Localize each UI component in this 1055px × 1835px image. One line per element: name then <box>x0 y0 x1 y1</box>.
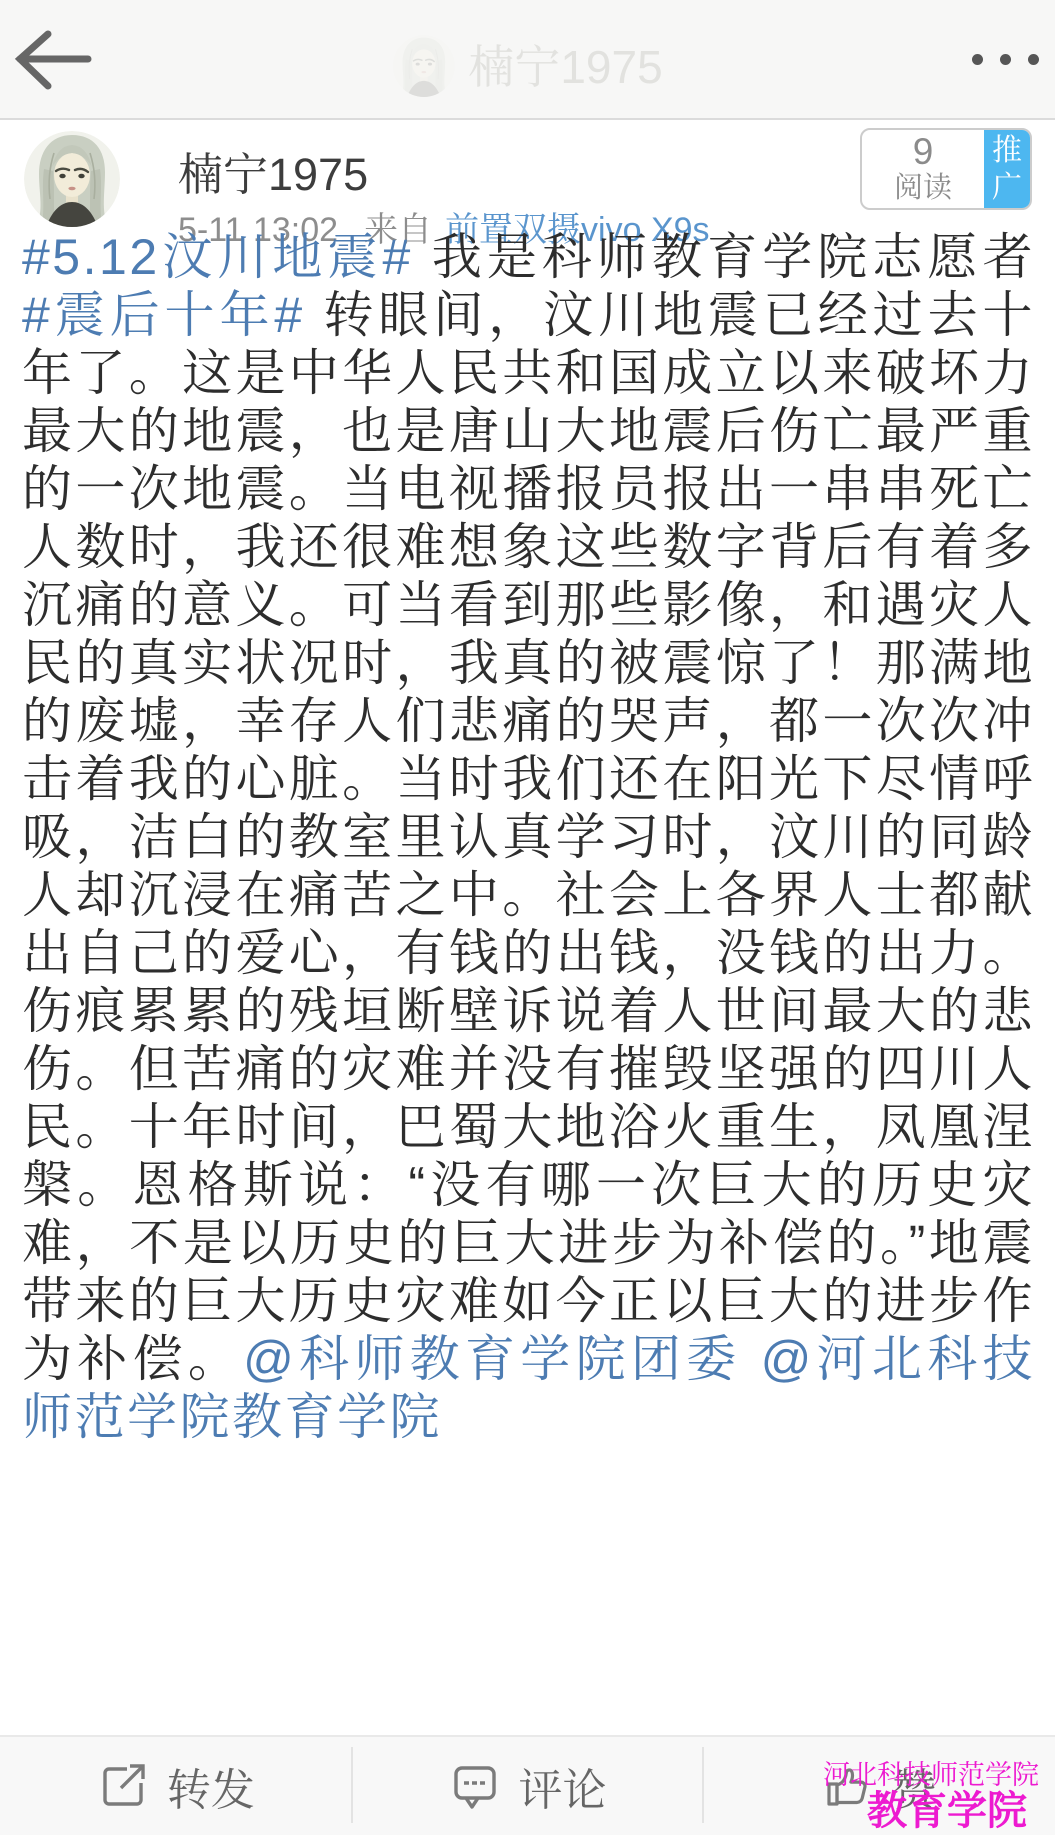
nav-ghost-title: 楠宁1975 <box>468 31 662 97</box>
post-text-segment: 我是科师教育学院志愿者 <box>413 229 1035 285</box>
hashtag-link[interactable]: #震后十年# <box>22 287 305 343</box>
back-icon <box>14 79 94 96</box>
hashtag-link[interactable]: #5.12汶川地震# <box>22 229 413 285</box>
top-nav-bar: 楠宁1975 <box>0 0 1055 120</box>
ellipsis-icon <box>1000 54 1011 65</box>
like-label: 赞 <box>892 1754 936 1818</box>
post-text: #5.12汶川地震# 我是科师教育学院志愿者 #震后十年# 转眼间，汶川地震已经… <box>22 228 1035 1446</box>
nav-ghost-avatar <box>392 35 454 97</box>
back-button[interactable] <box>14 30 94 92</box>
post-text-segment: 转眼间，汶川地震已经过去十年了。这是中华人民共和国成立以来破坏力最大的地震，也是… <box>22 287 1035 1387</box>
repost-button[interactable]: 转发 <box>0 1737 352 1835</box>
username[interactable]: 楠宁1975 <box>178 138 368 203</box>
ellipsis-icon <box>1028 54 1039 65</box>
reads-count: 9 <box>913 133 934 172</box>
mention-link[interactable]: @科师教育学院团委 <box>243 1331 741 1387</box>
more-button[interactable] <box>972 54 1039 65</box>
action-bar: 转发 评论 赞 <box>0 1735 1055 1835</box>
like-button[interactable]: 赞 <box>703 1737 1055 1835</box>
reads-counter: 9 阅读 <box>862 130 984 208</box>
share-icon <box>97 1760 149 1812</box>
post-text-segment <box>741 1331 760 1387</box>
user-avatar[interactable] <box>24 131 120 227</box>
repost-label: 转发 <box>167 1754 255 1818</box>
ellipsis-icon <box>972 54 983 65</box>
thumbs-up-icon <box>822 1760 874 1812</box>
comment-label: 评论 <box>519 1754 607 1818</box>
comment-button[interactable]: 评论 <box>352 1737 704 1835</box>
reads-promo-badge[interactable]: 9 阅读 推广 <box>860 128 1032 210</box>
promo-badge: 推广 <box>984 130 1030 208</box>
nav-title-group: 楠宁1975 <box>392 0 662 118</box>
comment-icon <box>449 1760 501 1812</box>
reads-label: 阅读 <box>894 172 952 205</box>
